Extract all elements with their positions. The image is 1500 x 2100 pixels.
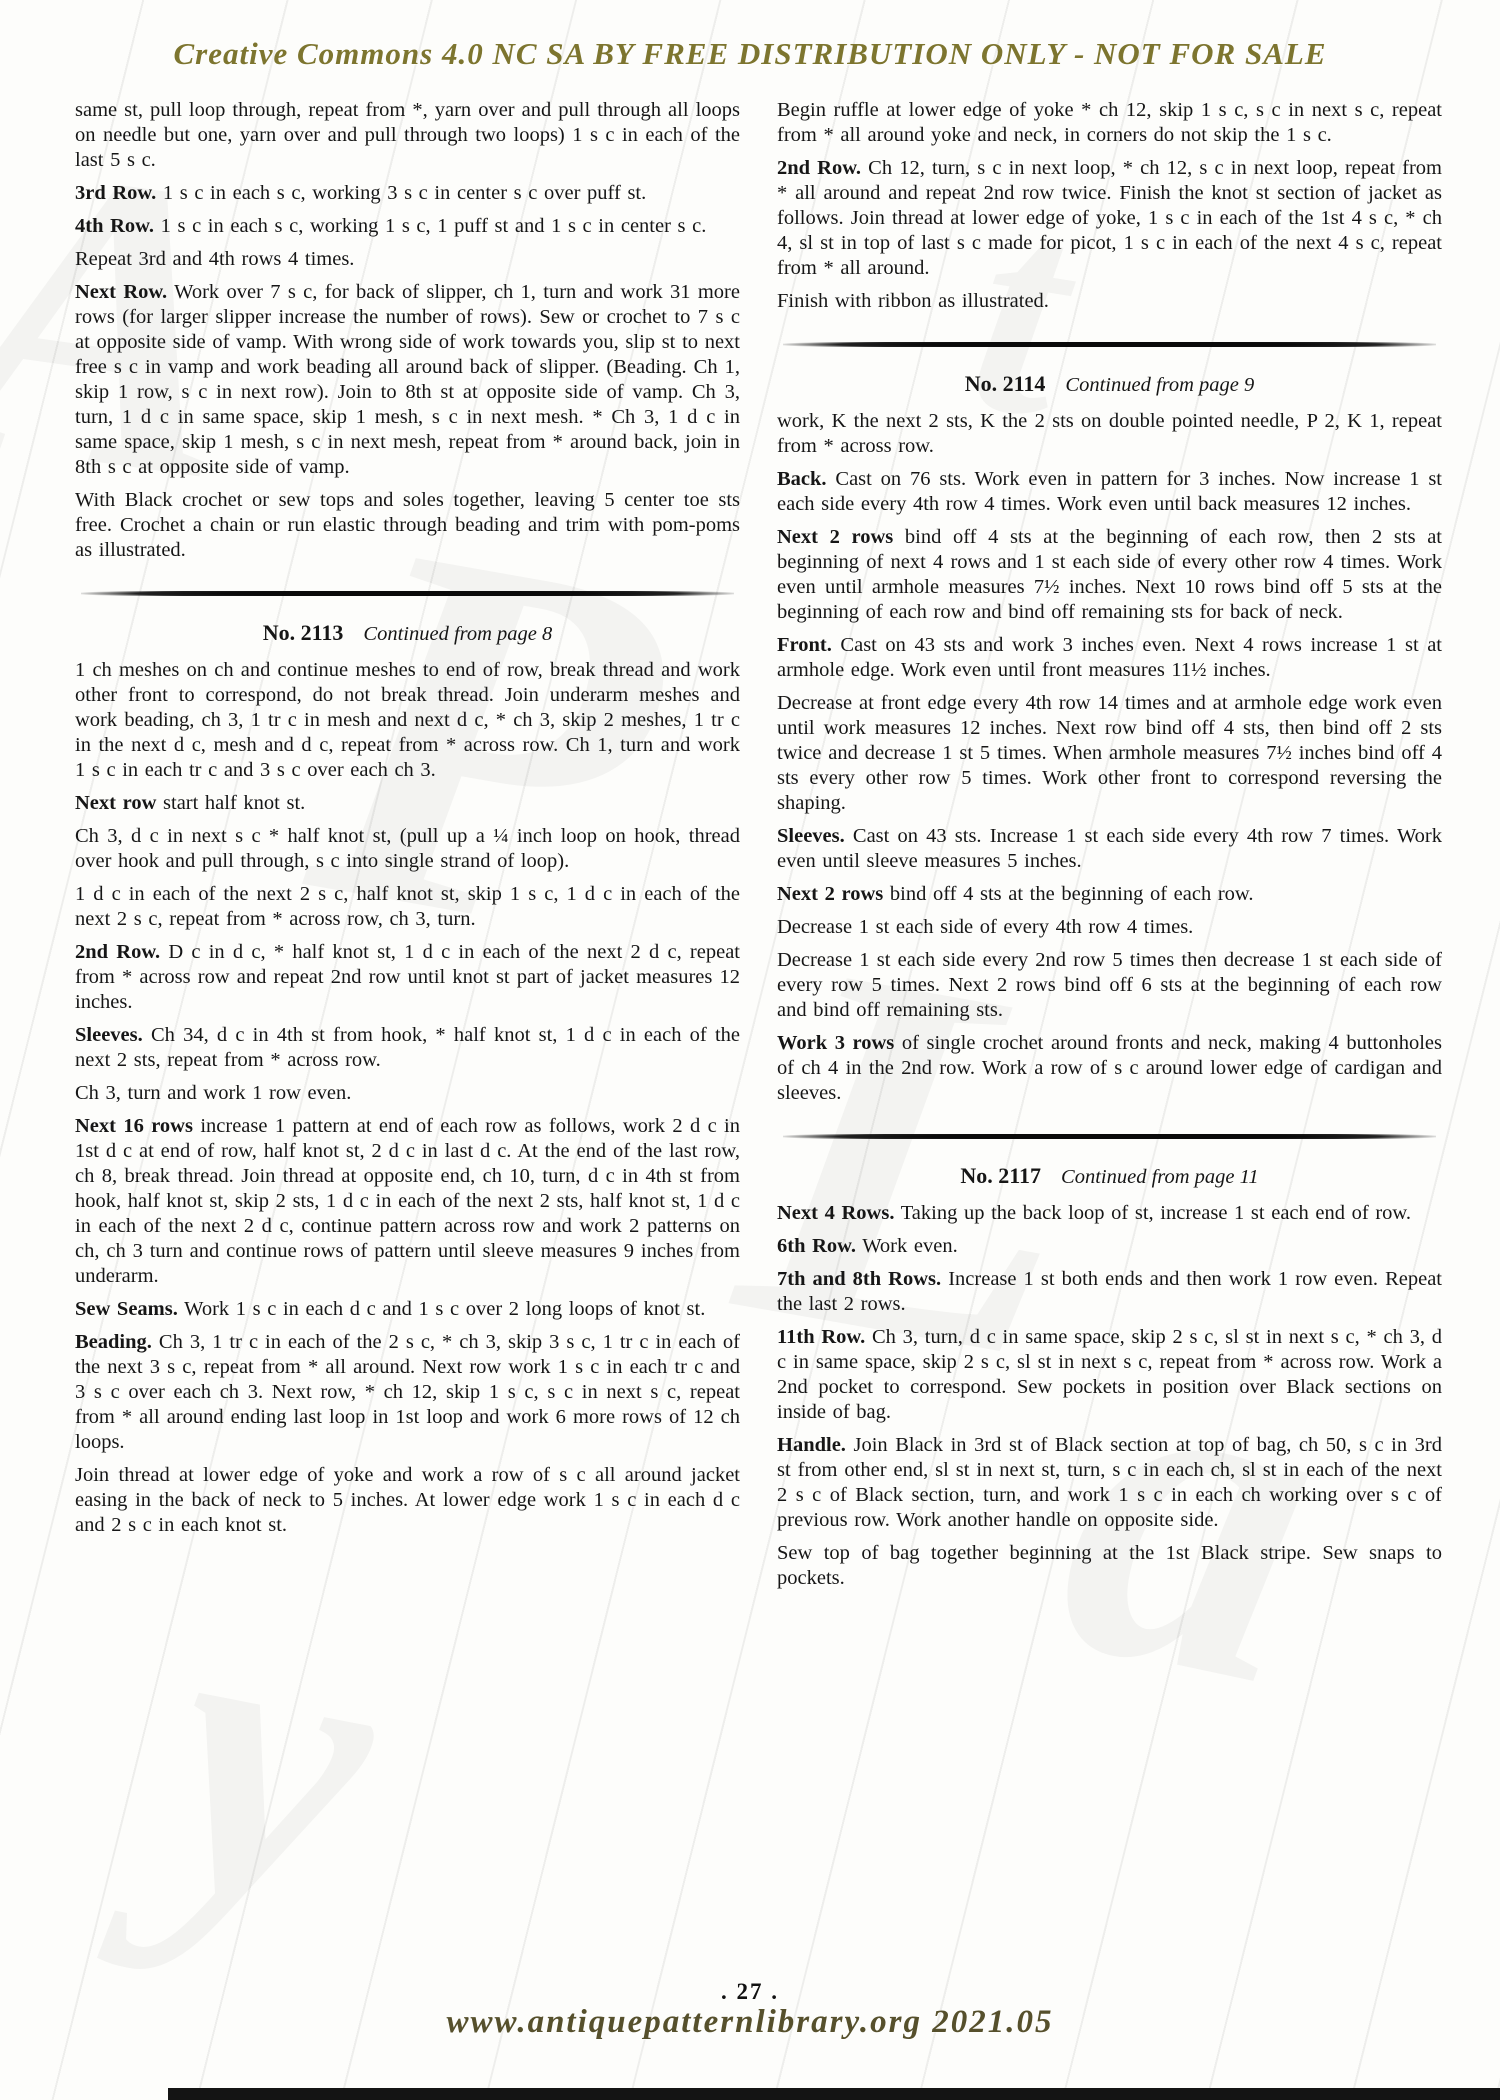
- paragraph-text: Join thread at lower edge of yoke and wo…: [75, 1464, 740, 1536]
- paragraph-lead: Back.: [777, 468, 827, 490]
- paragraph-lead: Next 16 rows: [75, 1115, 193, 1137]
- license-notice: Creative Commons 4.0 NC SA BY FREE DISTR…: [0, 36, 1500, 72]
- instruction-paragraph: Repeat 3rd and 4th rows 4 times.: [75, 247, 740, 272]
- instruction-paragraph: 2nd Row. D c in d c, * half knot st, 1 d…: [75, 940, 740, 1015]
- page-content: same st, pull loop through, repeat from …: [75, 90, 1442, 1591]
- watermark-ghost-letter: y: [142, 1536, 405, 1984]
- paragraph-text: D c in d c, * half knot st, 1 d c in eac…: [75, 941, 740, 1013]
- paragraph-lead: Front.: [777, 634, 832, 656]
- column-left: same st, pull loop through, repeat from …: [75, 90, 740, 1591]
- footer-site-line: www.antiquepatternlibrary.org 2021.05: [0, 2004, 1500, 2041]
- section-divider: [783, 342, 1436, 347]
- paragraph-lead: 2nd Row.: [75, 941, 160, 963]
- instruction-paragraph: Ch 3, d c in next s c * half knot st, (p…: [75, 824, 740, 874]
- paragraph-text: Decrease at front edge every 4th row 14 …: [777, 692, 1442, 814]
- paragraph-lead: Next 2 rows: [777, 883, 883, 905]
- paragraph-text: work, K the next 2 sts, K the 2 sts on d…: [777, 410, 1442, 457]
- paragraph-text: Ch 12, turn, s c in next loop, * ch 12, …: [777, 157, 1442, 279]
- paragraph-text: start half knot st.: [156, 792, 305, 814]
- section-divider: [81, 591, 734, 596]
- continued-from: Continued from page 8: [363, 623, 552, 645]
- paragraph-text: Work 1 s c in each d c and 1 s c over 2 …: [178, 1298, 706, 1320]
- paragraph-text: Work over 7 s c, for back of slipper, ch…: [75, 281, 740, 478]
- paragraph-lead: 3rd Row.: [75, 182, 156, 204]
- paragraph-text: Begin ruffle at lower edge of yoke * ch …: [777, 99, 1442, 146]
- instruction-paragraph: Decrease 1 st each side of every 4th row…: [777, 915, 1442, 940]
- paragraph-lead: 2nd Row.: [777, 157, 861, 179]
- paragraph-text: 1 ch meshes on ch and continue meshes to…: [75, 659, 740, 781]
- scan-edge-bar: [168, 2088, 1500, 2100]
- paragraph-text: Ch 34, d c in 4th st from hook, * half k…: [75, 1024, 740, 1071]
- paragraph-text: 1 s c in each s c, working 3 s c in cent…: [156, 182, 646, 204]
- instruction-paragraph: Next 2 rows bind off 4 sts at the beginn…: [777, 525, 1442, 625]
- instruction-paragraph: Work 3 rows of single crochet around fro…: [777, 1031, 1442, 1106]
- paragraph-text: Ch 3, turn, d c in same space, skip 2 s …: [777, 1326, 1442, 1423]
- paragraph-lead: Handle.: [777, 1434, 846, 1456]
- instruction-paragraph: Begin ruffle at lower edge of yoke * ch …: [777, 98, 1442, 148]
- instruction-paragraph: Decrease at front edge every 4th row 14 …: [777, 691, 1442, 816]
- paragraph-text: Ch 3, turn and work 1 row even.: [75, 1082, 351, 1104]
- paragraph-text: Decrease 1 st each side every 2nd row 5 …: [777, 949, 1442, 1021]
- paragraph-text: Work even.: [856, 1235, 958, 1257]
- column-right: Begin ruffle at lower edge of yoke * ch …: [777, 90, 1442, 1591]
- paragraph-lead: Sew Seams.: [75, 1298, 178, 1320]
- paragraph-text: Decrease 1 st each side of every 4th row…: [777, 916, 1193, 938]
- instruction-paragraph: Ch 3, turn and work 1 row even.: [75, 1081, 740, 1106]
- paragraph-text: Sew top of bag together beginning at the…: [777, 1542, 1442, 1589]
- paragraph-lead: 11th Row.: [777, 1326, 865, 1348]
- instruction-paragraph: Next 4 Rows. Taking up the back loop of …: [777, 1201, 1442, 1226]
- paragraph-lead: 7th and 8th Rows.: [777, 1268, 941, 1290]
- paragraph-text: same st, pull loop through, repeat from …: [75, 99, 740, 171]
- paragraph-text: increase 1 pattern at end of each row as…: [75, 1115, 740, 1287]
- paragraph-lead: Next 2 rows: [777, 526, 893, 548]
- paragraph-text: With Black crochet or sew tops and soles…: [75, 489, 740, 561]
- instruction-paragraph: work, K the next 2 sts, K the 2 sts on d…: [777, 409, 1442, 459]
- instruction-paragraph: With Black crochet or sew tops and soles…: [75, 488, 740, 563]
- paragraph-text: 1 s c in each s c, working 1 s c, 1 puff…: [154, 215, 706, 237]
- continued-from: Continued from page 11: [1061, 1166, 1259, 1188]
- instruction-paragraph: 1 ch meshes on ch and continue meshes to…: [75, 658, 740, 783]
- paragraph-text: Ch 3, 1 tr c in each of the 2 s c, * ch …: [75, 1331, 740, 1453]
- section-heading: No. 2113Continued from page 8: [75, 620, 740, 646]
- instruction-paragraph: Sleeves. Ch 34, d c in 4th st from hook,…: [75, 1023, 740, 1073]
- page-footer: . 27 . www.antiquepatternlibrary.org 202…: [0, 1982, 1500, 2041]
- section-divider: [783, 1134, 1436, 1139]
- paragraph-lead: Next row: [75, 792, 156, 814]
- instruction-paragraph: Finish with ribbon as illustrated.: [777, 289, 1442, 314]
- paragraph-text: Join Black in 3rd st of Black section at…: [777, 1434, 1442, 1531]
- instruction-paragraph: 7th and 8th Rows. Increase 1 st both end…: [777, 1267, 1442, 1317]
- instruction-paragraph: Decrease 1 st each side every 2nd row 5 …: [777, 948, 1442, 1023]
- instruction-paragraph: Sleeves. Cast on 43 sts. Increase 1 st e…: [777, 824, 1442, 874]
- pattern-number: No. 2114: [965, 371, 1046, 396]
- instruction-paragraph: 1 d c in each of the next 2 s c, half kn…: [75, 882, 740, 932]
- pattern-number: No. 2113: [263, 620, 344, 645]
- paragraph-lead: Beading.: [75, 1331, 152, 1353]
- paragraph-lead: Next Row.: [75, 281, 167, 303]
- paragraph-lead: Next 4 Rows.: [777, 1202, 894, 1224]
- paragraph-text: 1 d c in each of the next 2 s c, half kn…: [75, 883, 740, 930]
- instruction-paragraph: 2nd Row. Ch 12, turn, s c in next loop, …: [777, 156, 1442, 281]
- paragraph-text: Cast on 76 sts. Work even in pattern for…: [777, 468, 1442, 515]
- paragraph-text: Cast on 43 sts. Increase 1 st each side …: [777, 825, 1442, 872]
- paragraph-text: Finish with ribbon as illustrated.: [777, 290, 1049, 312]
- instruction-paragraph: Sew top of bag together beginning at the…: [777, 1541, 1442, 1591]
- paragraph-text: Cast on 43 sts and work 3 inches even. N…: [777, 634, 1442, 681]
- instruction-paragraph: Next 16 rows increase 1 pattern at end o…: [75, 1114, 740, 1289]
- section-heading: No. 2117Continued from page 11: [777, 1163, 1442, 1189]
- paragraph-text: Ch 3, d c in next s c * half knot st, (p…: [75, 825, 740, 872]
- instruction-paragraph: Beading. Ch 3, 1 tr c in each of the 2 s…: [75, 1330, 740, 1455]
- instruction-paragraph: Back. Cast on 76 sts. Work even in patte…: [777, 467, 1442, 517]
- paragraph-lead: 6th Row.: [777, 1235, 856, 1257]
- instruction-paragraph: 11th Row. Ch 3, turn, d c in same space,…: [777, 1325, 1442, 1425]
- paragraph-lead: Sleeves.: [777, 825, 845, 847]
- instruction-paragraph: Next 2 rows bind off 4 sts at the beginn…: [777, 882, 1442, 907]
- instruction-paragraph: same st, pull loop through, repeat from …: [75, 98, 740, 173]
- instruction-paragraph: Next Row. Work over 7 s c, for back of s…: [75, 280, 740, 480]
- instruction-paragraph: Next row start half knot st.: [75, 791, 740, 816]
- instruction-paragraph: 4th Row. 1 s c in each s c, working 1 s …: [75, 214, 740, 239]
- paragraph-text: Repeat 3rd and 4th rows 4 times.: [75, 248, 354, 270]
- page-number: . 27 .: [0, 1982, 1500, 2002]
- continued-from: Continued from page 9: [1065, 374, 1254, 396]
- paragraph-lead: Sleeves.: [75, 1024, 143, 1046]
- instruction-paragraph: Handle. Join Black in 3rd st of Black se…: [777, 1433, 1442, 1533]
- paragraph-text: Taking up the back loop of st, increase …: [894, 1202, 1411, 1224]
- instruction-paragraph: Front. Cast on 43 sts and work 3 inches …: [777, 633, 1442, 683]
- pattern-number: No. 2117: [960, 1163, 1041, 1188]
- instruction-paragraph: 3rd Row. 1 s c in each s c, working 3 s …: [75, 181, 740, 206]
- instruction-paragraph: 6th Row. Work even.: [777, 1234, 1442, 1259]
- section-heading: No. 2114Continued from page 9: [777, 371, 1442, 397]
- paragraph-text: bind off 4 sts at the beginning of each …: [883, 883, 1253, 905]
- instruction-paragraph: Join thread at lower edge of yoke and wo…: [75, 1463, 740, 1538]
- paragraph-lead: 4th Row.: [75, 215, 154, 237]
- paragraph-lead: Work 3 rows: [777, 1032, 894, 1054]
- instruction-paragraph: Sew Seams. Work 1 s c in each d c and 1 …: [75, 1297, 740, 1322]
